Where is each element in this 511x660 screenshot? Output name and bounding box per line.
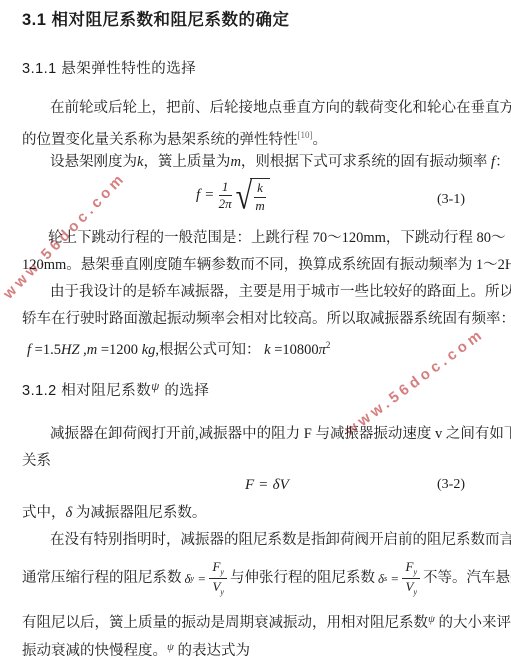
- psi-symbol: ψ: [151, 381, 160, 393]
- heading-text: 3.1.2 相对阻尼系数: [22, 383, 151, 399]
- calc-text: =1.5: [31, 342, 61, 358]
- fraction-denominator: Vy: [209, 579, 227, 597]
- paragraph-line: 轮上下跳动行程的一般范围是：上跳行程 70～120mm，下跳动行程 80～: [48, 229, 506, 248]
- paragraph-text: 的位置变化量关系称为悬架系统的弹性特性: [22, 132, 298, 148]
- fraction-denominator: Vy: [402, 579, 420, 597]
- fraction-numerator: k: [254, 181, 266, 198]
- fraction-numerator: Fy: [402, 560, 420, 579]
- equation-number-3-2: (3-2): [437, 477, 465, 493]
- paragraph-line: 振动衰减的快慢程度。ψ 的表达式为: [22, 638, 250, 660]
- fraction-numerator: 1: [219, 180, 232, 197]
- unit-kg: kg: [142, 342, 156, 358]
- radical: √ k m: [236, 178, 270, 214]
- fraction-k-over-m: k m: [254, 181, 266, 214]
- unit-hz: HZ: [61, 342, 80, 358]
- paragraph-text: ：: [495, 154, 510, 170]
- heading-text: 的选择: [160, 383, 210, 399]
- pi-symbol: π: [319, 342, 326, 358]
- paragraph-line: 120mm。悬架垂直刚度随车辆参数而不同，换算成系统固有振动频率为 1～2Hz: [22, 256, 511, 275]
- paragraph-line-fractions: 通常压缩行程的阻尼系数 δy = Fy Vy 与伸张行程的阻尼系数 δs = F…: [22, 556, 511, 600]
- paragraph-text: 通常压缩行程的阻尼系数: [22, 569, 182, 588]
- calculation-line: f =1.5HZ ,m =1200 kg,根据公式可知： k =10800π2: [27, 336, 330, 360]
- calc-text: =1200: [97, 342, 141, 358]
- paragraph-line: 在前轮或后轮上，把前、后轮接地点垂直方向的载荷变化和轮心在垂直方向: [50, 99, 511, 118]
- paragraph-line: 关系: [22, 452, 51, 471]
- subscript: y: [413, 587, 417, 596]
- fraction-Fy-over-Vy: Fy Vy: [209, 560, 227, 597]
- exponent-2: 2: [326, 340, 331, 350]
- subscript: y: [220, 587, 224, 596]
- section-title: 3.1 相对阻尼系数和阻尼系数的确定: [22, 11, 290, 30]
- paragraph-line: 在没有特别指明时，减振器的阻尼系数是指卸荷阀开启前的阻尼系数而言，: [50, 531, 511, 550]
- paragraph-text: 式中，: [22, 505, 66, 521]
- paragraph-text: 为减振器阻尼系数。: [72, 505, 206, 521]
- paragraph-line: 式中，δ 为减振器阻尼系数。: [22, 504, 206, 523]
- equals-sign: =: [391, 569, 398, 588]
- var-m: m: [230, 154, 240, 170]
- radical-body: k m: [250, 178, 270, 214]
- fraction-numerator: Fy: [209, 560, 227, 579]
- eq-lhs: F: [245, 477, 254, 494]
- document-page: www.56doc.com www.56doc.com 3.1 相对阻尼系数和阻…: [0, 0, 511, 660]
- paragraph-line: 的位置变化量关系称为悬架系统的弹性特性[10]。: [22, 126, 327, 150]
- var-m: m: [87, 342, 97, 358]
- paragraph-line: 有阻尼以后，簧上质量的振动是周期衰减振动，用相对阻尼系数ψ 的大小来评定: [22, 610, 511, 633]
- paragraph-text: 。: [313, 132, 328, 148]
- equals-sign: =: [205, 187, 213, 204]
- fraction-denominator: m: [254, 198, 266, 214]
- paragraph-text: 的表达式为: [174, 643, 250, 659]
- fraction-1-over-2pi: 1 2π: [219, 180, 232, 213]
- paragraph-text: 不等。汽车悬架: [423, 569, 511, 588]
- paragraph-text: 的大小来评定: [435, 615, 511, 631]
- equals-sign: =: [198, 569, 205, 588]
- subscript: y: [413, 567, 417, 576]
- citation-ref: [10]: [298, 130, 313, 140]
- psi-symbol: ψ: [167, 641, 174, 653]
- eq-lhs: f: [196, 187, 200, 204]
- equation-3-1: f = 1 2π √ k m: [196, 178, 270, 214]
- paragraph-line: 设悬架刚度为k，簧上质量为m，则根据下式可求系统的固有振动频率 f：: [50, 153, 510, 172]
- calc-text: ,根据公式可知：: [155, 342, 264, 358]
- psi-symbol: ψ: [428, 613, 435, 625]
- equation-number-3-1: (3-1): [437, 192, 465, 208]
- paragraph-text: 与伸张行程的阻尼系数: [230, 569, 375, 588]
- heading-3-1-2: 3.1.2 相对阻尼系数ψ 的选择: [22, 378, 209, 401]
- calc-text: ,: [80, 342, 87, 358]
- paragraph-text: ，则根据下式可求系统的固有振动频率: [241, 154, 491, 170]
- watermark-right: www.56doc.com: [342, 325, 488, 439]
- paragraph-line: 轿车在行驶时路面激起振动频率会相对比较高。所以取减振器系统固有频率：: [22, 310, 511, 329]
- heading-3-1-1: 3.1.1 悬架弹性特性的选择: [22, 60, 196, 79]
- damping-coeff-rebound: δs = Fy Vy: [378, 560, 420, 597]
- calc-text: =10800: [271, 342, 319, 358]
- delta-subscript: y: [191, 569, 195, 588]
- paragraph-text: 设悬架刚度为: [50, 154, 137, 170]
- paragraph-line: 由于我设计的是轿车减振器，主要是用于城市一些比较好的路面上。所以，: [50, 283, 511, 302]
- damping-coeff-compression: δy = Fy Vy: [185, 560, 227, 597]
- paragraph-text: 振动衰减的快慢程度。: [22, 643, 167, 659]
- fraction-Fy-over-Vy: Fy Vy: [402, 560, 420, 597]
- paragraph-line: 减振器在卸荷阀打开前,减振器中的阻力 F 与减振器振动速度 v 之间有如下: [50, 425, 511, 444]
- equation-3-2: F = δV: [245, 477, 289, 494]
- eq-rhs: δV: [273, 477, 289, 494]
- paragraph-text: 有阻尼以后，簧上质量的振动是周期衰减振动，用相对阻尼系数: [22, 615, 428, 631]
- paragraph-text: ，簧上质量为: [143, 154, 230, 170]
- radical-sign: √: [236, 178, 252, 216]
- fraction-denominator: 2π: [219, 196, 232, 212]
- subscript: y: [220, 567, 224, 576]
- delta-subscript: s: [384, 569, 387, 588]
- equals-sign: =: [259, 477, 267, 494]
